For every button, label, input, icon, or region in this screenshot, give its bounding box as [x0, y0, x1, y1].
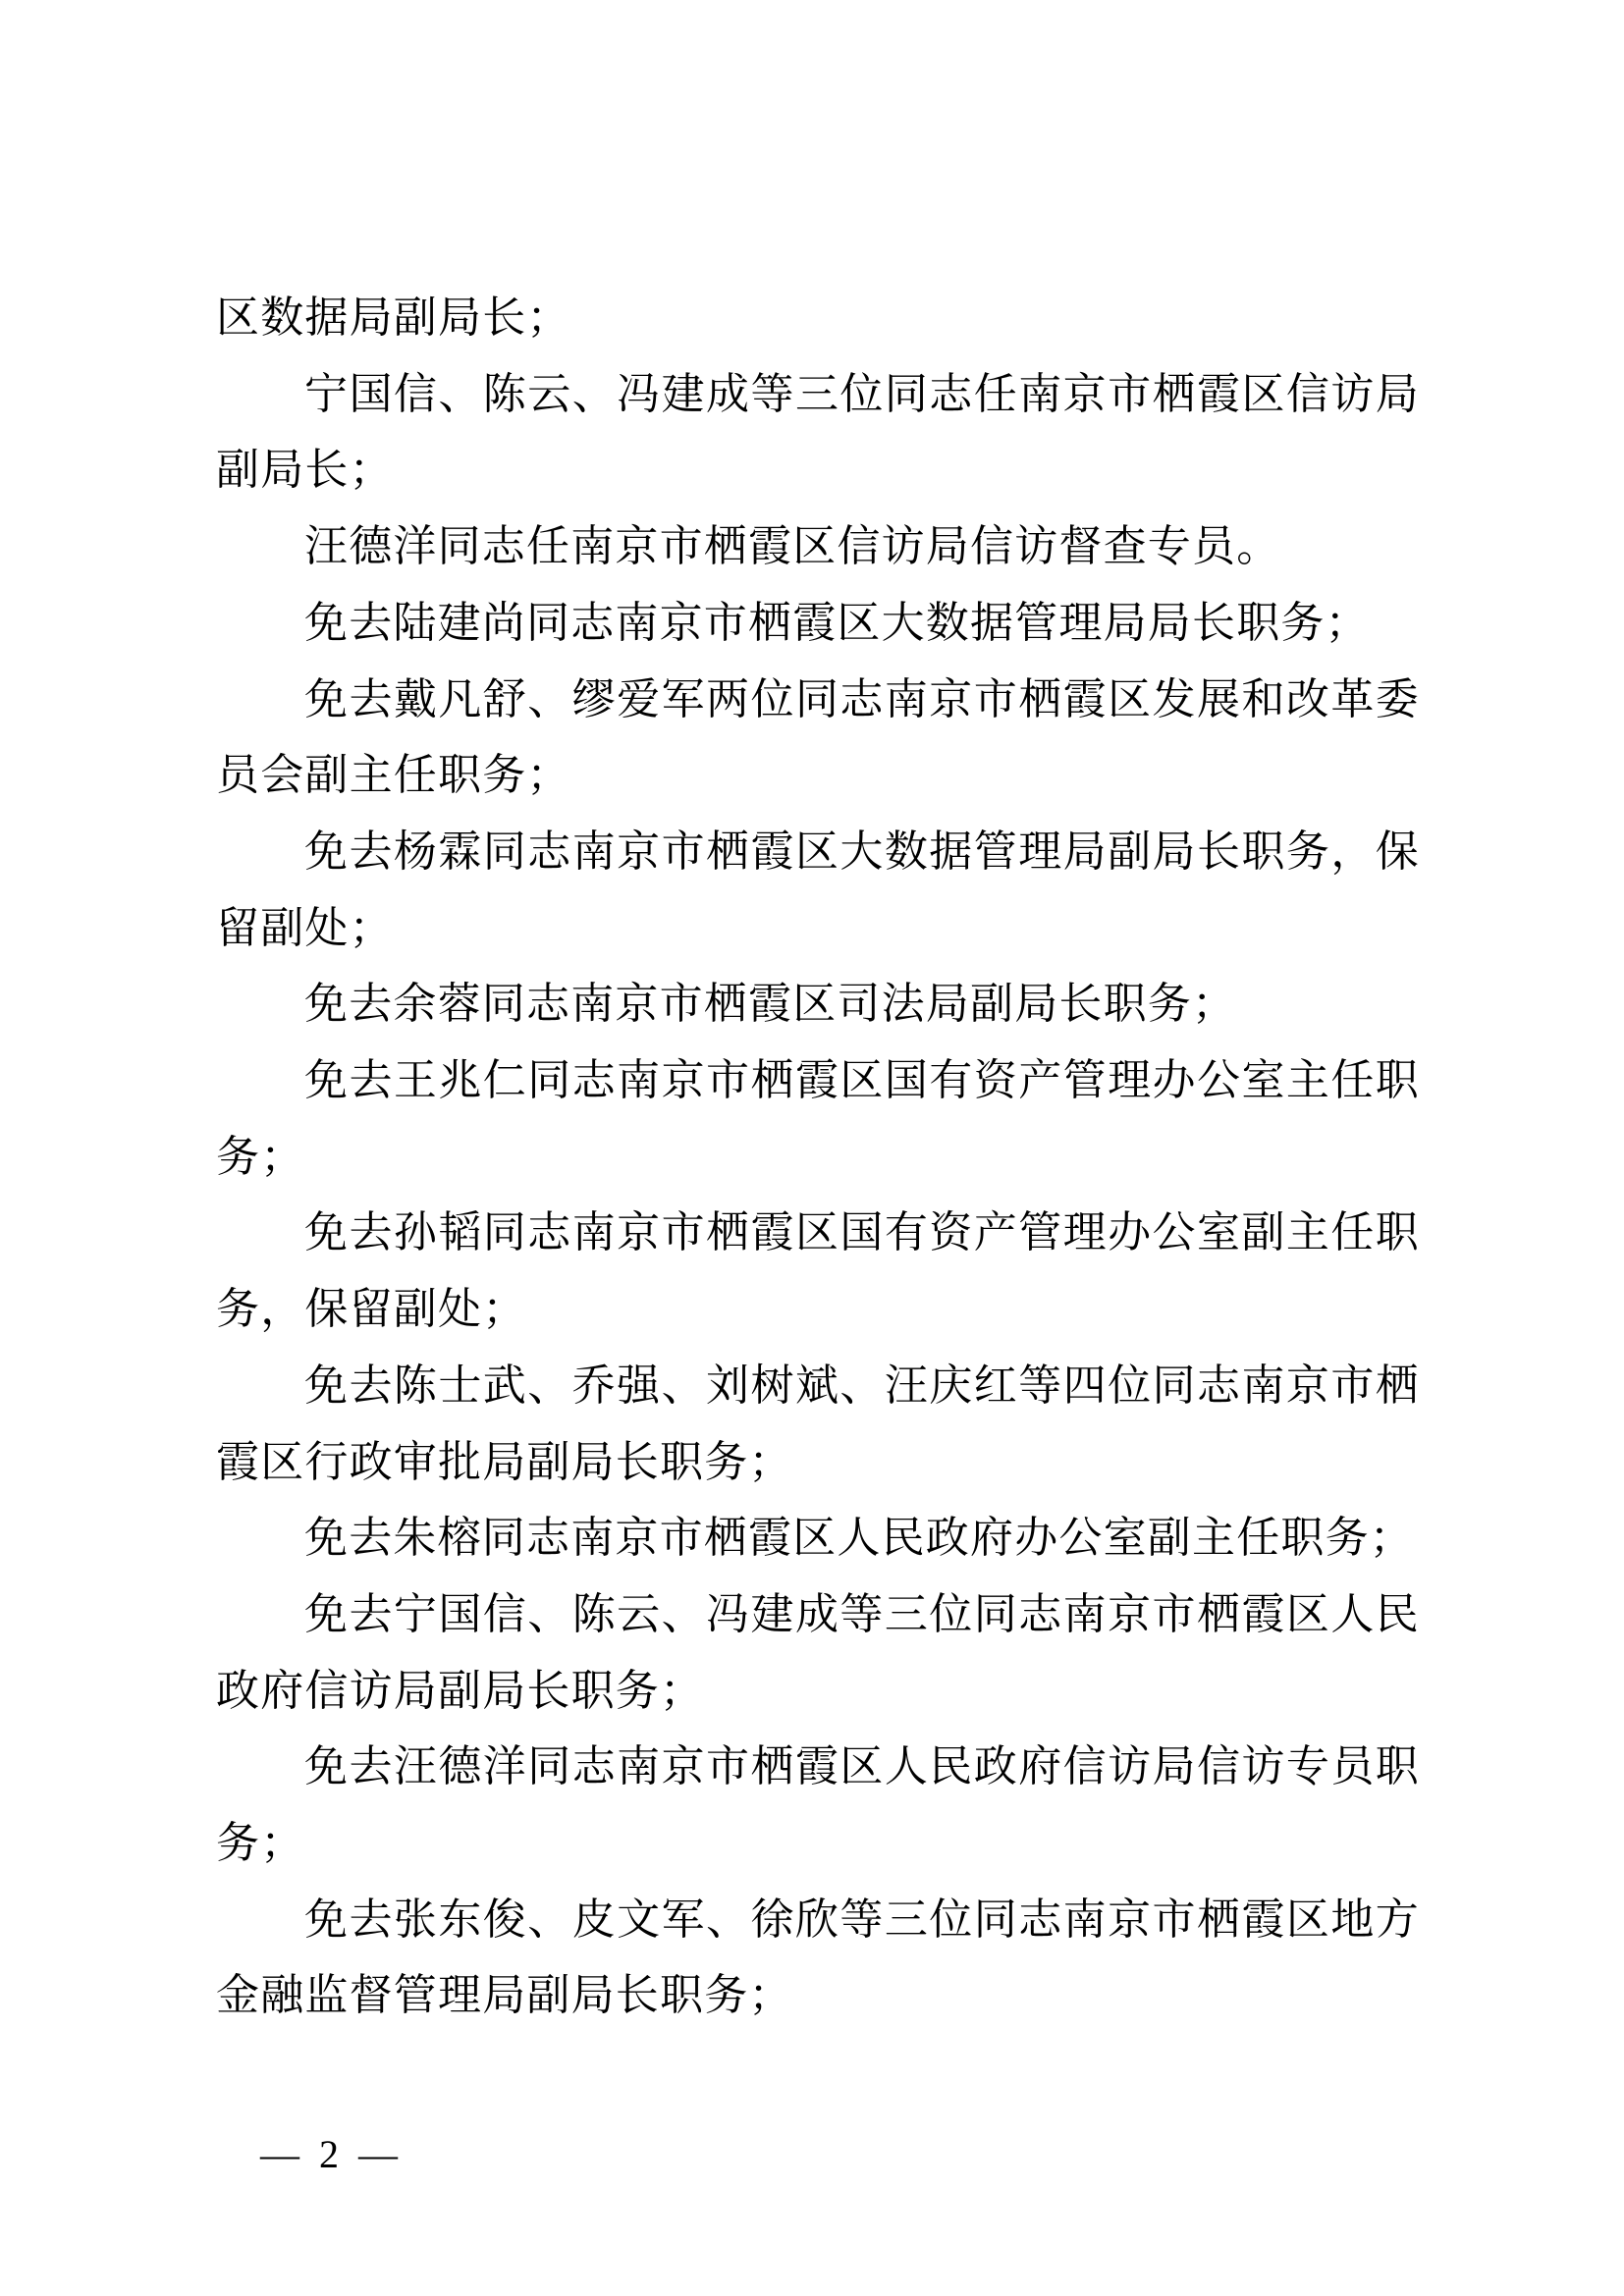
paragraph: 区数据局副局长； — [216, 280, 1420, 356]
paragraph: 免去汪德洋同志南京市栖霞区人民政府信访局信访专员职务； — [216, 1729, 1420, 1881]
paragraph: 免去朱榕同志南京市栖霞区人民政府办公室副主任职务； — [216, 1500, 1420, 1576]
page-number: — 2 — — [260, 2132, 403, 2177]
paragraph: 免去陈士武、乔强、刘树斌、汪庆红等四位同志南京市栖霞区行政审批局副局长职务； — [216, 1348, 1420, 1500]
document-page: 区数据局副局长；宁国信、陈云、冯建成等三位同志任南京市栖霞区信访局副局长；汪德洋… — [0, 0, 1624, 2296]
paragraph: 免去杨霖同志南京市栖霞区大数据管理局副局长职务，保留副处； — [216, 814, 1420, 966]
paragraph: 免去陆建尚同志南京市栖霞区大数据管理局局长职务； — [216, 585, 1420, 662]
paragraph: 免去孙韬同志南京市栖霞区国有资产管理办公室副主任职务，保留副处； — [216, 1195, 1420, 1347]
document-body: 区数据局副局长；宁国信、陈云、冯建成等三位同志任南京市栖霞区信访局副局长；汪德洋… — [216, 280, 1420, 2034]
paragraph: 免去戴凡舒、缪爱军两位同志南京市栖霞区发展和改革委员会副主任职务； — [216, 662, 1420, 814]
paragraph: 免去王兆仁同志南京市栖霞区国有资产管理办公室主任职务； — [216, 1042, 1420, 1195]
paragraph: 免去宁国信、陈云、冯建成等三位同志南京市栖霞区人民政府信访局副局长职务； — [216, 1576, 1420, 1729]
paragraph: 免去余蓉同志南京市栖霞区司法局副局长职务； — [216, 966, 1420, 1042]
paragraph: 汪德洋同志任南京市栖霞区信访局信访督查专员。 — [216, 508, 1420, 585]
paragraph: 宁国信、陈云、冯建成等三位同志任南京市栖霞区信访局副局长； — [216, 356, 1420, 508]
paragraph: 免去张东俊、皮文军、徐欣等三位同志南京市栖霞区地方金融监督管理局副局长职务； — [216, 1882, 1420, 2034]
